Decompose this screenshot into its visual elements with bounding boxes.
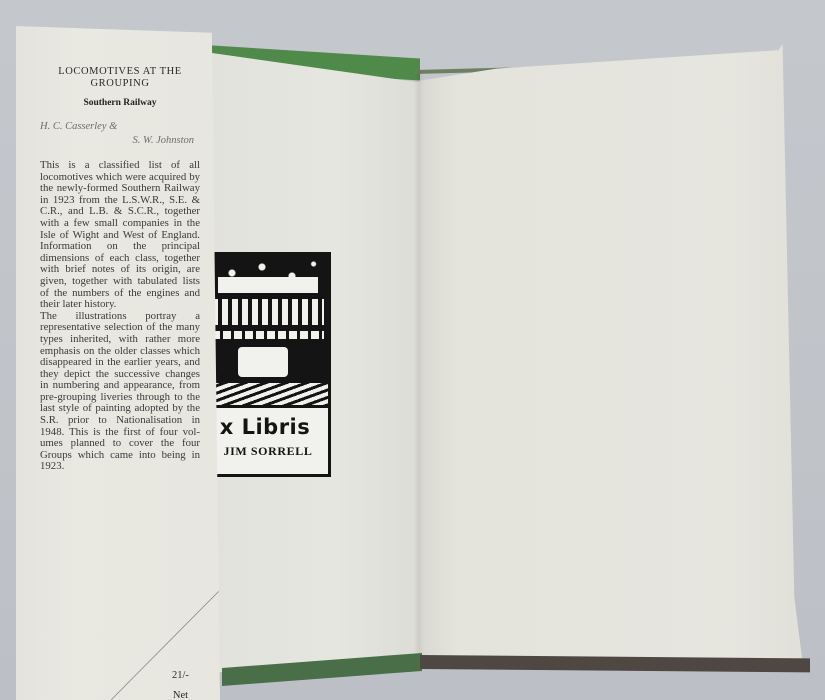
footbridge-lower	[212, 331, 324, 339]
book-cover-bottom-edge-right	[420, 655, 810, 672]
footbridge	[212, 299, 324, 325]
railway-tracks	[208, 383, 328, 405]
blurb: This is a classified list of all locomot…	[40, 160, 200, 473]
book-authors: H. C. Casserley & S. W. Johnston	[40, 120, 200, 148]
right-endpaper	[418, 44, 810, 659]
price-note: Net	[172, 686, 189, 700]
tunnel-arch	[238, 347, 288, 377]
bookplate-label: x Libris JIM SORRELL	[208, 405, 328, 474]
bookplate-owner: JIM SORRELL	[208, 444, 328, 459]
book-gutter	[414, 70, 424, 665]
station-roof	[218, 277, 318, 293]
author-2: S. W. Johnston	[40, 134, 200, 148]
railway-station-woodcut-illustration	[208, 255, 328, 405]
author-1: H. C. Casserley &	[40, 120, 200, 134]
photo-scene: x Libris JIM SORRELL LOCOMOTIVES AT THE …	[0, 0, 825, 700]
book-subtitle: Southern Railway	[40, 98, 200, 108]
bookplate-title: x Libris	[208, 414, 328, 440]
price-block: 21/- Net	[172, 666, 189, 700]
book-title: LOCOMOTIVES AT THE GROUPING	[40, 66, 200, 90]
dust-jacket-flap: LOCOMOTIVES AT THE GROUPING Southern Rai…	[16, 26, 220, 700]
price: 21/-	[172, 666, 189, 686]
ex-libris-bookplate: x Libris JIM SORRELL	[208, 252, 331, 477]
blurb-paragraph-1: This is a classified list of all locomot…	[40, 160, 200, 311]
blurb-paragraph-2: The illustrations portray a representati…	[40, 311, 200, 473]
